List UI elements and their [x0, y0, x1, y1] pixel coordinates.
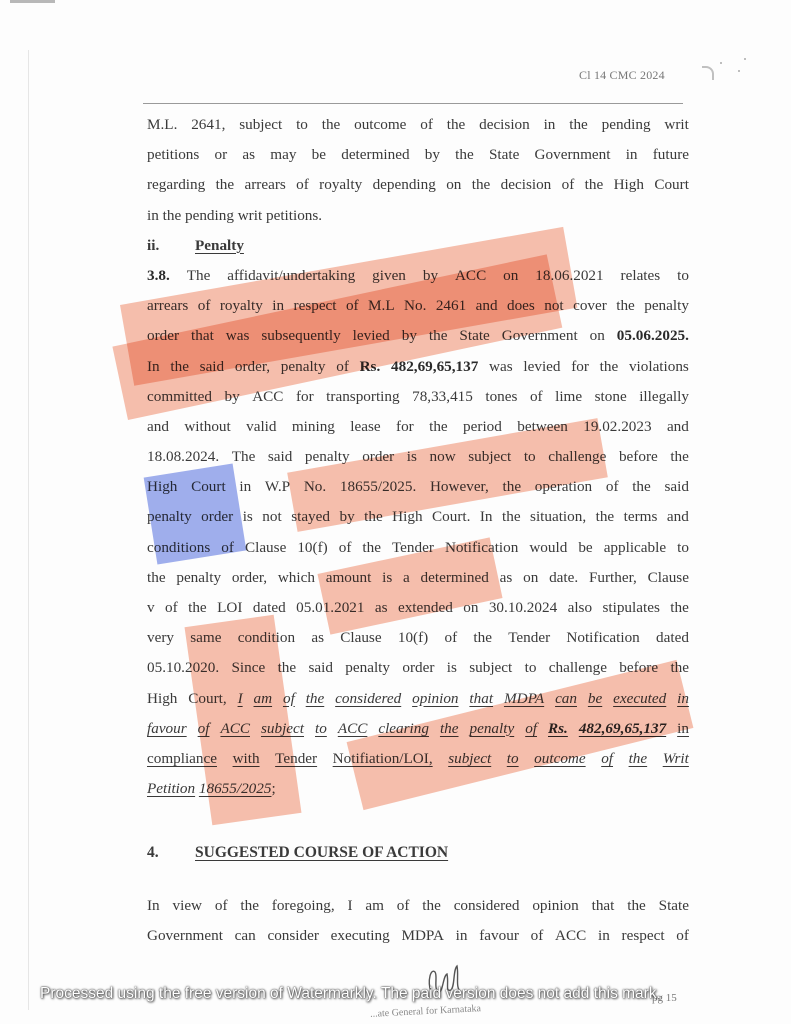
- text-line: conditionsofClause10(f)oftheTenderNotifi…: [147, 533, 689, 563]
- text-line: HighCourt,IamoftheconsideredopinionthatM…: [147, 684, 689, 714]
- signature-caption: ...ate General for Karnataka: [370, 1003, 481, 1020]
- text-line: compliancewithTenderNotifiation/LOI,subj…: [147, 744, 689, 774]
- document-reference: Cl 14 CMC 2024: [579, 68, 665, 83]
- text-line: petitionsorasmaybedeterminedbytheStateGo…: [147, 140, 689, 170]
- text-line: HighCourtinW.PNo.18655/2025.However,theo…: [147, 472, 689, 502]
- subsection-title: Penalty: [195, 231, 244, 261]
- header-rule: [143, 103, 683, 104]
- text-line: favourofACCsubjecttoACCclearingthepenalt…: [147, 714, 689, 744]
- text-line: GovernmentcanconsiderexecutingMDPAinfavo…: [147, 921, 689, 951]
- page-fold-line: [28, 50, 29, 1010]
- text-line: 05.10.2020.Sincethesaidpenaltyorderissub…: [147, 653, 689, 683]
- scan-speck: [720, 62, 722, 64]
- text-line: 3.8.Theaffidavit/undertakinggivenbyACCon…: [147, 261, 689, 291]
- text-line: arrearsofroyaltyinrespectofM.LNo.2461and…: [147, 291, 689, 321]
- text-line: Petition 18655/2025;: [147, 774, 689, 804]
- text-line: M.L.2641,subjecttotheoutcomeofthedecisio…: [147, 110, 689, 140]
- continuation-paragraph: M.L.2641,subjecttotheoutcomeofthedecisio…: [147, 110, 689, 231]
- watermark-text: Processed using the free version of Wate…: [40, 985, 760, 1003]
- text-line: Inviewoftheforegoing,Iamoftheconsideredo…: [147, 891, 689, 921]
- text-line: voftheLOIdated05.01.2021asextendedon30.1…: [147, 593, 689, 623]
- scan-mark-icon: [702, 66, 714, 80]
- document-body: M.L.2641,subjecttotheoutcomeofthedecisio…: [147, 110, 689, 951]
- scan-speck: [738, 70, 740, 72]
- text-line: verysameconditionasClause10(f)oftheTende…: [147, 623, 689, 653]
- section-number: 4.: [147, 838, 195, 868]
- section-4-paragraph: Inviewoftheforegoing,Iamoftheconsideredo…: [147, 891, 689, 951]
- section-title: SUGGESTED COURSE OF ACTION: [195, 838, 448, 868]
- scan-edge: [10, 0, 55, 3]
- text-line: 18.08.2024.Thesaidpenaltyorderisnowsubje…: [147, 442, 689, 472]
- text-line: committedbyACCfortransporting78,33,415to…: [147, 382, 689, 412]
- text-line: orderthatwassubsequentlyleviedbytheState…: [147, 321, 689, 351]
- text-line: penaltyorderisnotstayedbytheHighCourt.In…: [147, 502, 689, 532]
- scan-speck: [744, 58, 746, 60]
- text-line: thepenaltyorder,whichamountisadetermined…: [147, 563, 689, 593]
- text-line: in the pending writ petitions.: [147, 201, 689, 231]
- text-line: regardingthearrearsofroyaltydependingont…: [147, 170, 689, 200]
- text-line: Inthesaidorder,penaltyofRs.482,69,65,137…: [147, 352, 689, 382]
- paragraph-3-8: 3.8.Theaffidavit/undertakinggivenbyACCon…: [147, 261, 689, 804]
- text-line: andwithoutvalidminingleasefortheperiodbe…: [147, 412, 689, 442]
- subsection-number: ii.: [147, 231, 195, 261]
- section-4-heading: 4. SUGGESTED COURSE OF ACTION: [147, 838, 689, 868]
- subsection-heading: ii. Penalty: [147, 231, 689, 261]
